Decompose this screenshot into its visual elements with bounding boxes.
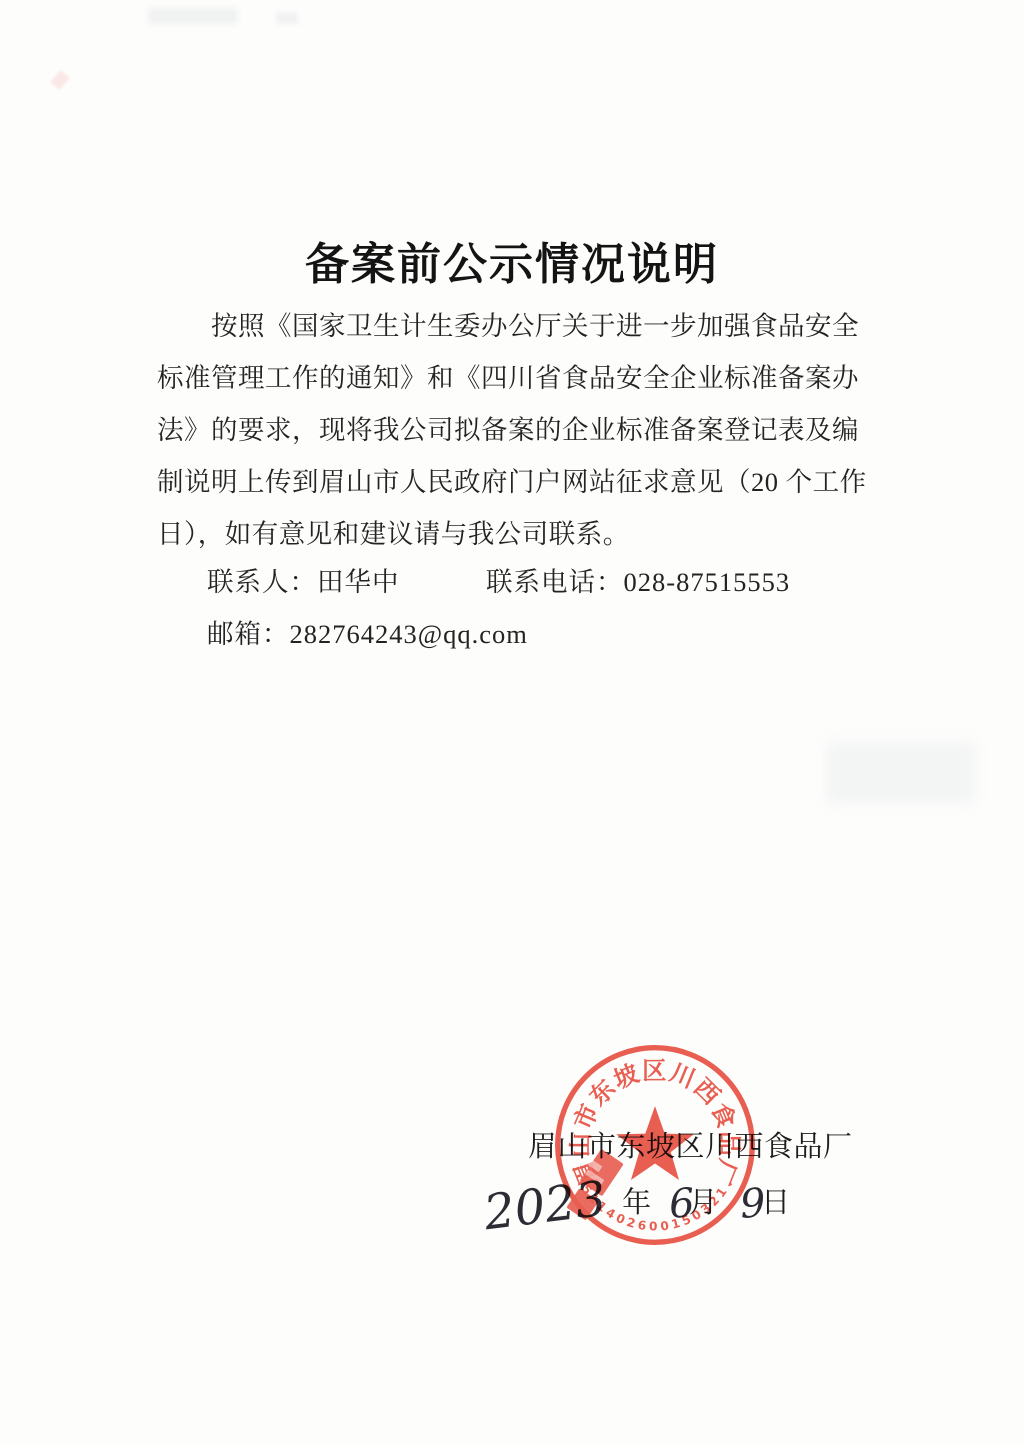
contact-email-value: 282764243@qq.com <box>290 619 528 649</box>
body-line: 按照《国家卫生计生委办公厅关于进一步加强食品安全 <box>157 300 847 352</box>
contact-email: 邮箱：282764243@qq.com <box>207 608 528 660</box>
contact-row: 联系人：田华中 联系电话：028-87515553 <box>157 556 847 608</box>
seal-graphic: 眉山市东坡区川西食品厂 511402600150321 <box>548 1038 762 1252</box>
body-paragraph: 按照《国家卫生计生委办公厅关于进一步加强食品安全 标准管理工作的通知》和《四川省… <box>157 300 847 560</box>
body-line: 日），如有意见和建议请与我公司联系。 <box>157 508 847 560</box>
contact-email-label: 邮箱： <box>207 619 290 649</box>
scan-smudge <box>50 70 69 90</box>
scan-smudge <box>148 8 238 24</box>
document-title: 备案前公示情况说明 <box>0 228 1024 292</box>
contact-phone-label: 联系电话： <box>486 567 624 597</box>
seal-star-icon <box>616 1106 694 1180</box>
scan-smudge <box>276 12 298 24</box>
contact-person-label: 联系人： <box>207 567 317 597</box>
body-line: 法》的要求，现将我公司拟备案的企业标准备案登记表及编 <box>157 404 847 456</box>
contact-person: 联系人：田华中 <box>207 556 400 608</box>
body-line: 制说明上传到眉山市人民政府门户网站征求意见（20 个工作 <box>157 456 847 508</box>
contact-phone-value: 028-87515553 <box>624 567 791 597</box>
contact-person-value: 田华中 <box>317 567 400 597</box>
contact-phone: 联系电话：028-87515553 <box>486 556 790 608</box>
scanned-document-page: 备案前公示情况说明 按照《国家卫生计生委办公厅关于进一步加强食品安全 标准管理工… <box>0 0 1024 1445</box>
scan-smudge <box>826 742 976 804</box>
body-line: 标准管理工作的通知》和《四川省食品安全企业标准备案办 <box>157 352 847 404</box>
company-seal-stamp: 眉山市东坡区川西食品厂 511402600150321 <box>548 1038 762 1252</box>
